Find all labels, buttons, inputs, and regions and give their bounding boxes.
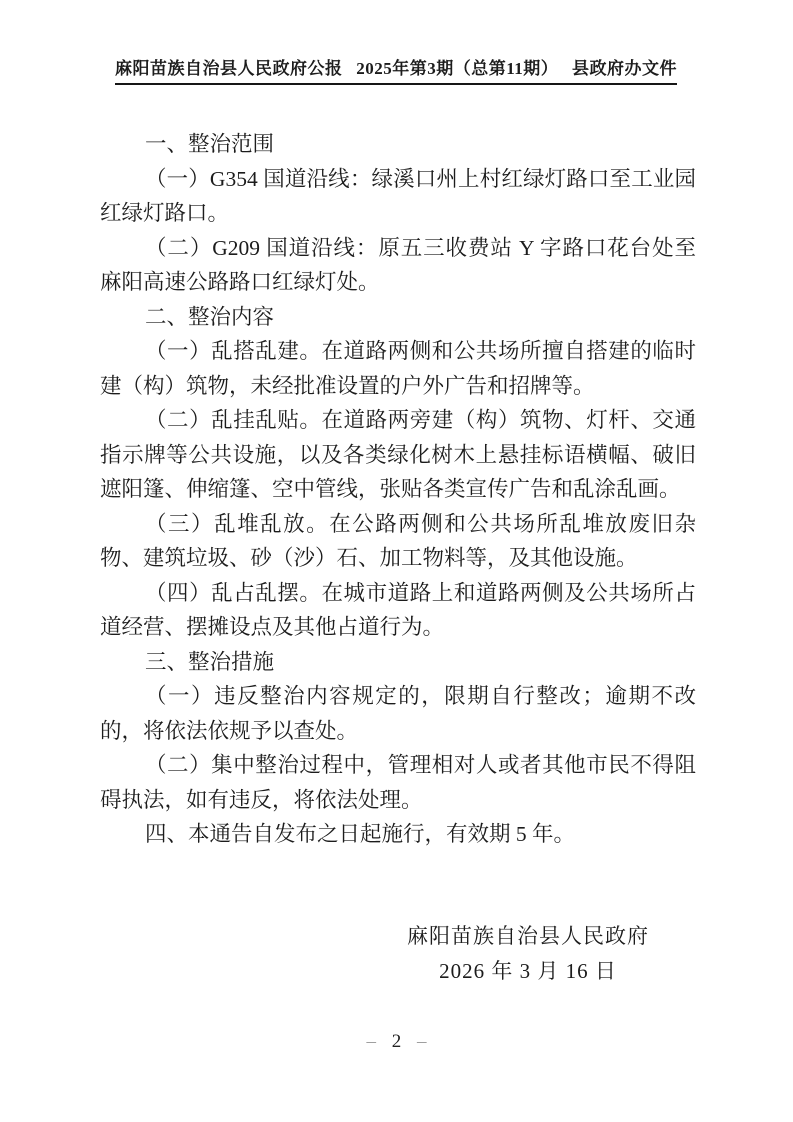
page-footer: – 2 – bbox=[0, 1031, 793, 1053]
header-doc-category: 县政府办文件 bbox=[572, 54, 677, 79]
page-number: 2 bbox=[383, 1031, 411, 1052]
section-heading-content: 二、整治内容 bbox=[100, 300, 696, 335]
footer-dash-right: – bbox=[415, 1031, 429, 1052]
document-body: 一、整治范围 （一）G354 国道沿线：绿溪口州上村红绿灯路口至工业园红绿灯路口… bbox=[100, 127, 696, 852]
signature-block: 麻阳苗族自治县人民政府 2026 年 3 月 16 日 bbox=[407, 919, 649, 989]
paragraph-measures-1: （一）违反整治内容规定的，限期自行整改；逾期不改的，将依法依规予以查处。 bbox=[100, 679, 696, 748]
section-heading-scope: 一、整治范围 bbox=[100, 127, 696, 162]
section-heading-measures: 三、整治措施 bbox=[100, 645, 696, 680]
signature-org: 麻阳苗族自治县人民政府 bbox=[407, 919, 649, 954]
paragraph-scope-1: （一）G354 国道沿线：绿溪口州上村红绿灯路口至工业园红绿灯路口。 bbox=[100, 162, 696, 231]
paragraph-content-1: （一）乱搭乱建。在道路两侧和公共场所擅自搭建的临时建（构）筑物，未经批准设置的户… bbox=[100, 334, 696, 403]
header-gazette-title: 麻阳苗族自治县人民政府公报 bbox=[115, 54, 343, 79]
paragraph-content-2: （二）乱挂乱贴。在道路两旁建（构）筑物、灯杆、交通指示牌等公共设施，以及各类绿化… bbox=[100, 403, 696, 507]
page-header: 麻阳苗族自治县人民政府公报 2025年第3期（总第11期） 县政府办文件 bbox=[115, 54, 677, 85]
footer-dash-left: – bbox=[365, 1031, 379, 1052]
paragraph-content-4: （四）乱占乱摆。在城市道路上和道路两侧及公共场所占道经营、摆摊设点及其他占道行为… bbox=[100, 576, 696, 645]
paragraph-measures-2: （二）集中整治过程中，管理相对人或者其他市民不得阻碍执法，如有违反，将依法处理。 bbox=[100, 748, 696, 817]
header-issue-info: 2025年第3期（总第11期） bbox=[356, 54, 558, 79]
paragraph-effective-period: 四、本通告自发布之日起施行，有效期 5 年。 bbox=[100, 817, 696, 852]
paragraph-scope-2: （二）G209 国道沿线：原五三收费站 Y 字路口花台处至麻阳高速公路路口红绿灯… bbox=[100, 231, 696, 300]
document-page: 麻阳苗族自治县人民政府公报 2025年第3期（总第11期） 县政府办文件 一、整… bbox=[0, 0, 793, 1122]
signature-date: 2026 年 3 月 16 日 bbox=[407, 954, 649, 989]
paragraph-content-3: （三）乱堆乱放。在公路两侧和公共场所乱堆放废旧杂物、建筑垃圾、砂（沙）石、加工物… bbox=[100, 507, 696, 576]
